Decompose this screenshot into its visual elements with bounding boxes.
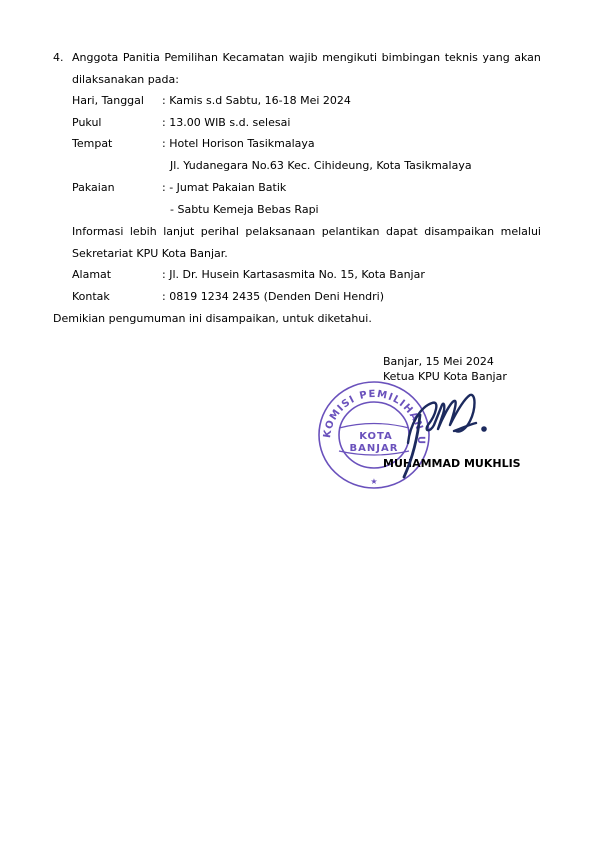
info-text-line1: Informasilebihlanjutperihalpelaksanaanpe… bbox=[72, 225, 541, 239]
detail-value: : 13.00 WIB s.d. selesai bbox=[162, 116, 290, 130]
item4-text-line2: dilaksanakan pada: bbox=[72, 73, 179, 87]
closing-text: Demikian pengumuman ini disampaikan, unt… bbox=[53, 312, 372, 326]
word: wajib bbox=[289, 51, 318, 65]
word: disampaikan bbox=[424, 225, 494, 239]
word: yang bbox=[482, 51, 509, 65]
detail-value: : 0819 1234 2435 (Denden Deni Hendri) bbox=[162, 290, 384, 304]
detail-label: Tempat bbox=[72, 137, 112, 151]
word: pelaksanaan bbox=[245, 225, 315, 239]
detail-label: Hari, Tanggal bbox=[72, 94, 144, 108]
word: Pemilihan bbox=[164, 51, 218, 65]
word: Kecamatan bbox=[223, 51, 285, 65]
svg-text:★: ★ bbox=[370, 477, 377, 486]
handwritten-signature bbox=[380, 385, 500, 485]
word: dapat bbox=[386, 225, 418, 239]
signature-place-date: Banjar, 15 Mei 2024 bbox=[383, 355, 494, 369]
detail-value: : - Jumat Pakaian Batik bbox=[162, 181, 286, 195]
word: teknis bbox=[445, 51, 478, 65]
word: Panitia bbox=[123, 51, 160, 65]
detail-value: Jl. Yudanegara No.63 Kec. Cihideung, Kot… bbox=[170, 159, 472, 173]
detail-value: : Hotel Horison Tasikmalaya bbox=[162, 137, 315, 151]
detail-label: Pukul bbox=[72, 116, 101, 130]
word: melalui bbox=[501, 225, 541, 239]
word: Anggota bbox=[72, 51, 118, 65]
word: pelantikan bbox=[322, 225, 380, 239]
detail-value: : Kamis s.d Sabtu, 16-18 Mei 2024 bbox=[162, 94, 351, 108]
detail-label: Pakaian bbox=[72, 181, 115, 195]
word: akan bbox=[514, 51, 541, 65]
detail-value: - Sabtu Kemeja Bebas Rapi bbox=[170, 203, 319, 217]
list-number: 4. bbox=[53, 51, 64, 65]
detail-label: Alamat bbox=[72, 268, 111, 282]
detail-label: Kontak bbox=[72, 290, 110, 304]
word: perihal bbox=[201, 225, 239, 239]
word: mengikuti bbox=[322, 51, 377, 65]
word: bimbingan bbox=[382, 51, 440, 65]
item4-text-line1: AnggotaPanitiaPemilihanKecamatanwajibmen… bbox=[72, 51, 541, 65]
detail-value: : Jl. Dr. Husein Kartasasmita No. 15, Ko… bbox=[162, 268, 425, 282]
info-text-line2: Sekretariat KPU Kota Banjar. bbox=[72, 247, 228, 261]
word: lanjut bbox=[163, 225, 194, 239]
word: Informasi bbox=[72, 225, 123, 239]
word: lebih bbox=[130, 225, 157, 239]
